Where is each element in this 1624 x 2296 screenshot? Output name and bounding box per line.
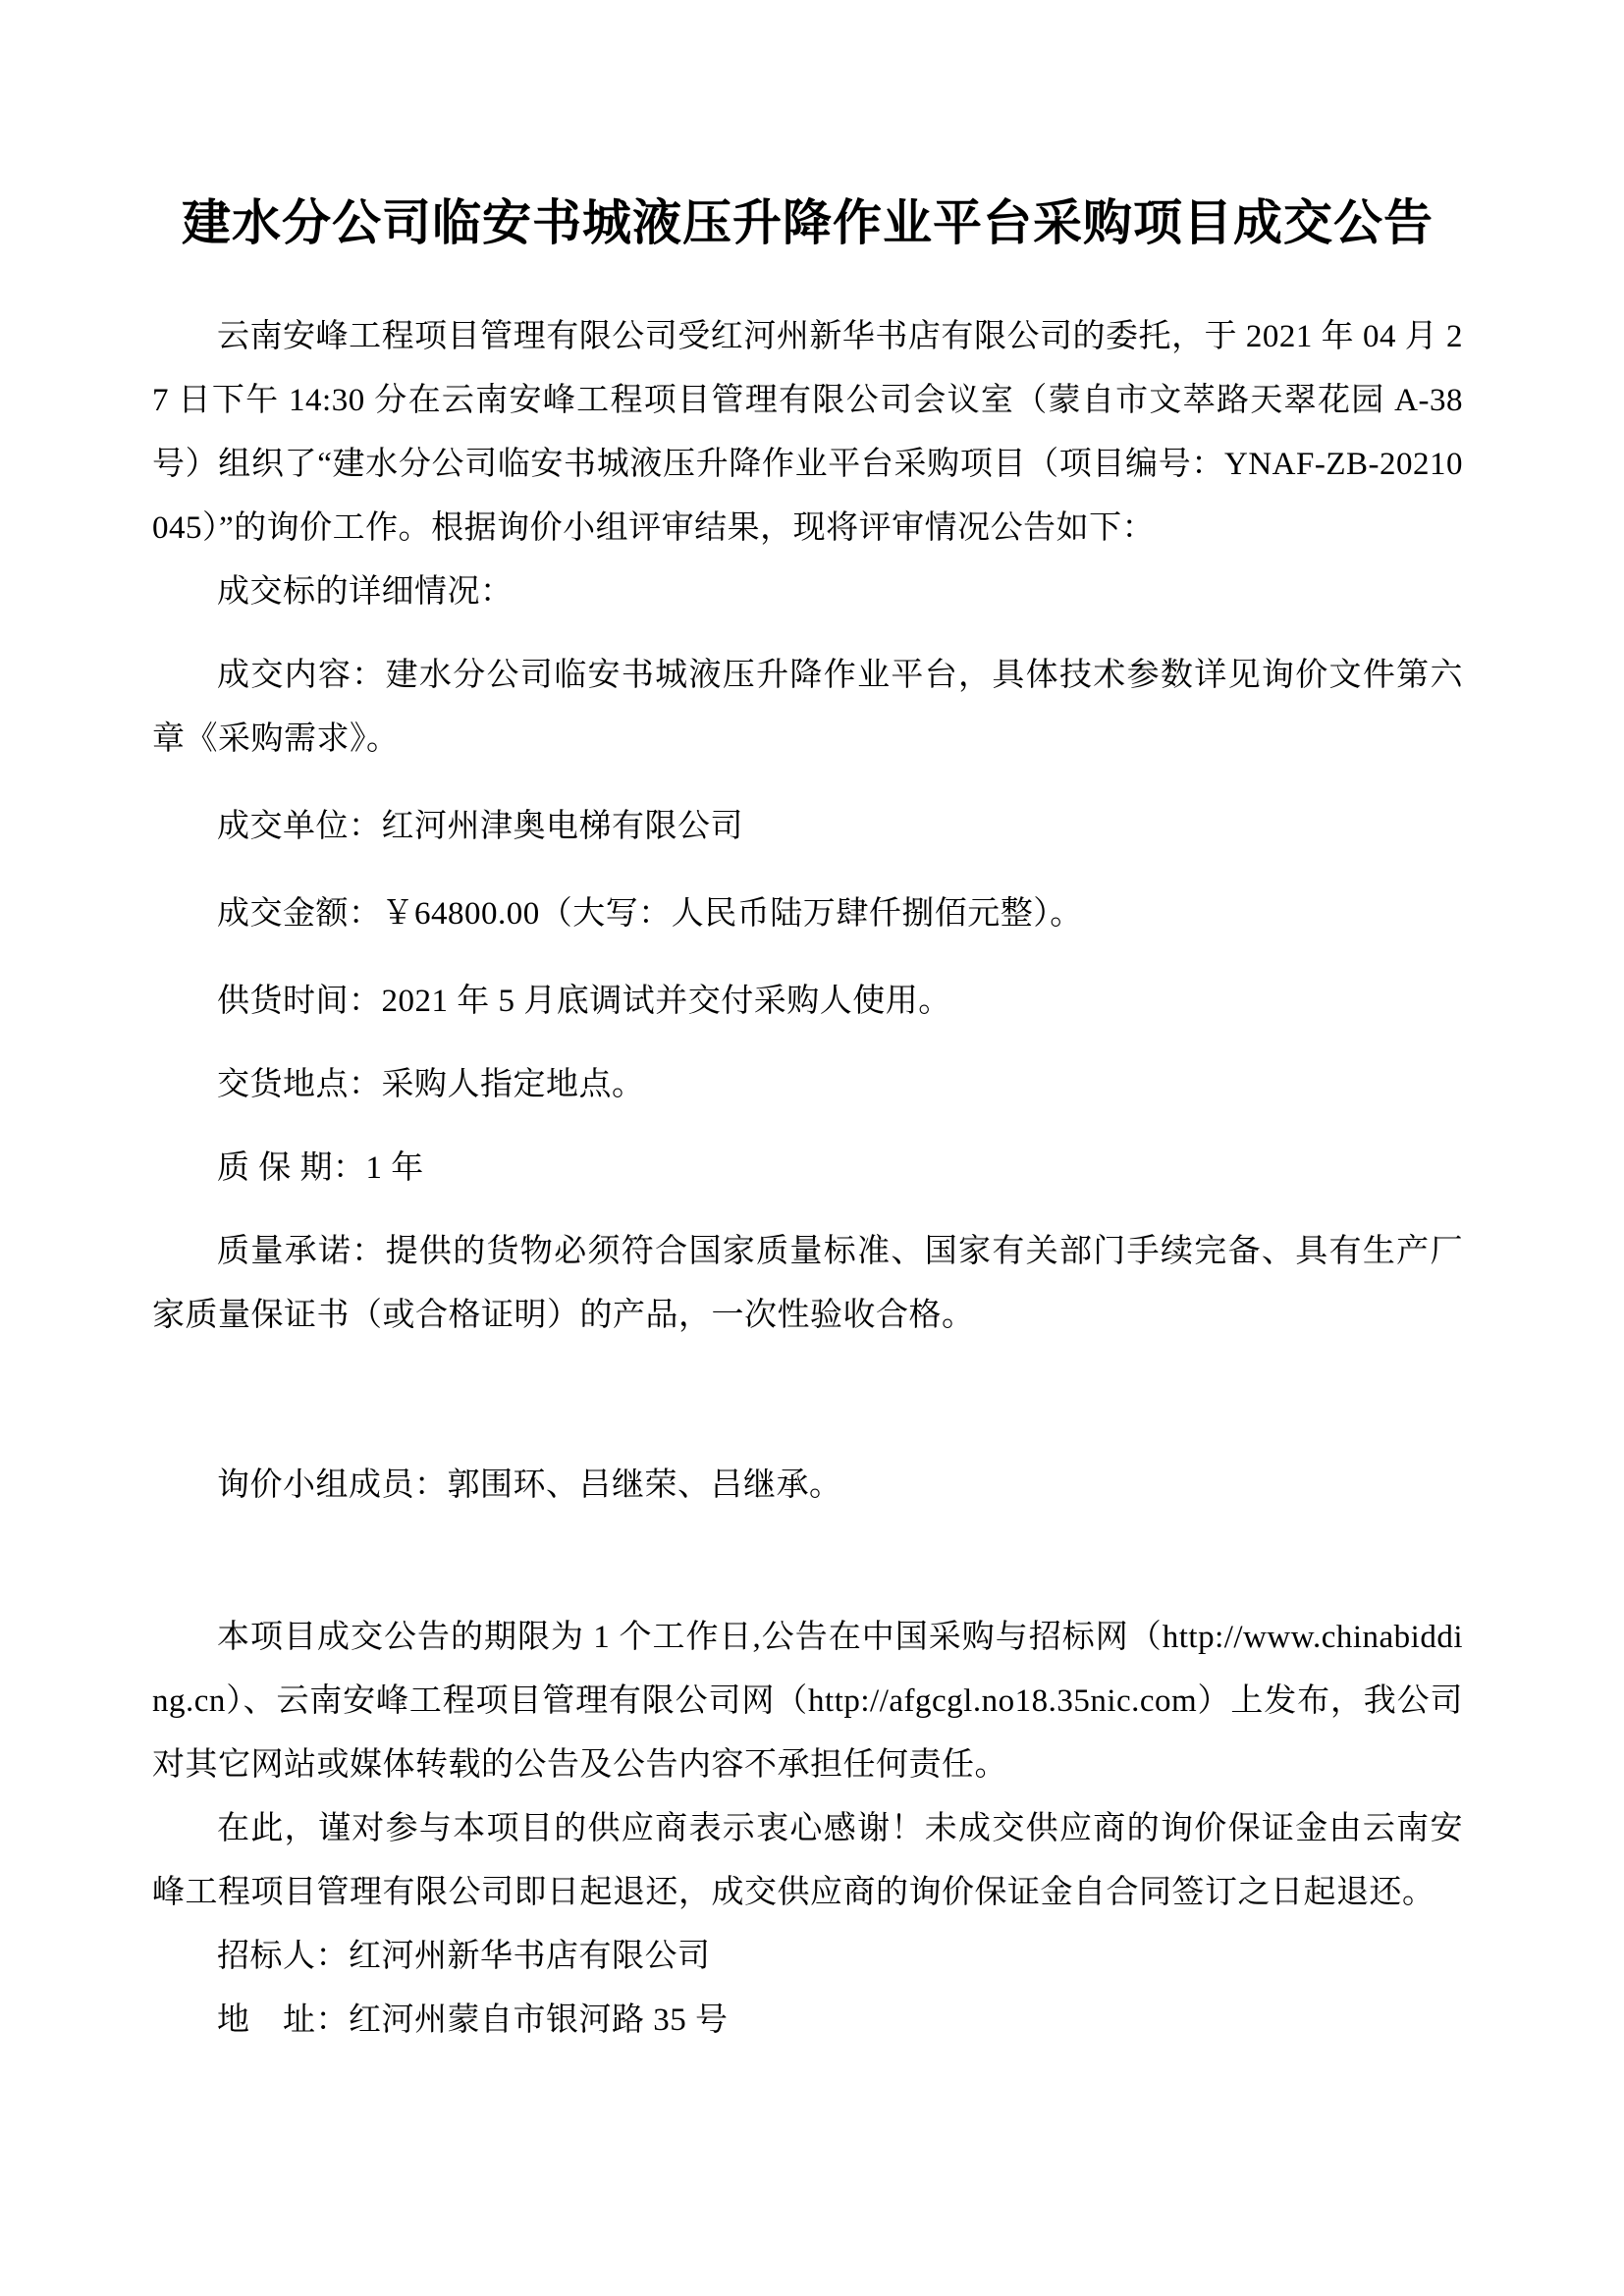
paragraph-inquiry-panel: 询价小组成员：郭围环、吕继荣、吕继承。 bbox=[152, 1454, 1463, 1518]
paragraph-publish-info: 本项目成交公告的期限为 1 个工作日,公告在中国采购与招标网（http://ww… bbox=[152, 1606, 1463, 1797]
paragraph-deal-amount: 成交金额：￥64800.00（大写：人民币陆万肆仟捌佰元整）。 bbox=[152, 882, 1463, 946]
paragraph-delivery-place: 交货地点：采购人指定地点。 bbox=[152, 1053, 1463, 1117]
paragraph-intro: 云南安峰工程项目管理有限公司受红河州新华书店有限公司的委托，于 2021 年 0… bbox=[152, 305, 1463, 561]
paragraph-tenderee: 招标人：红河州新华书店有限公司 bbox=[152, 1925, 1463, 1989]
paragraph-thanks-refund: 在此，谨对参与本项目的供应商表示衷心感谢！未成交供应商的询价保证金由云南安峰工程… bbox=[152, 1797, 1463, 1925]
paragraph-deal-content: 成交内容：建水分公司临安书城液压升降作业平台，具体技术参数详见询价文件第六章《采… bbox=[152, 644, 1463, 772]
paragraph-supply-time: 供货时间：2021 年 5 月底调试并交付采购人使用。 bbox=[152, 970, 1463, 1034]
paragraph-quality-promise: 质量承诺：提供的货物必须符合国家质量标准、国家有关部门手续完备、具有生产厂家质量… bbox=[152, 1220, 1463, 1348]
paragraph-warranty: 质 保 期：1 年 bbox=[152, 1137, 1463, 1201]
paragraph-address: 地 址：红河州蒙自市银河路 35 号 bbox=[152, 1989, 1463, 2053]
paragraph-deal-winner: 成交单位：红河州津奥电梯有限公司 bbox=[152, 795, 1463, 859]
paragraph-detail-heading: 成交标的详细情况： bbox=[152, 561, 1463, 624]
document-page: 建水分公司临安书城液压升降作业平台采购项目成交公告 云南安峰工程项目管理有限公司… bbox=[0, 0, 1624, 2296]
document-title: 建水分公司临安书城液压升降作业平台采购项目成交公告 bbox=[152, 191, 1463, 254]
